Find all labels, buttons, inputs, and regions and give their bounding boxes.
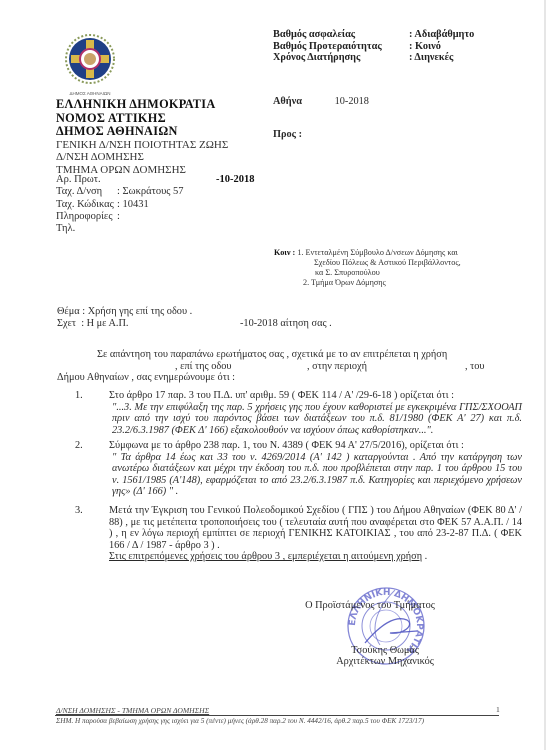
cc-item-2: 2. Τμήμα Όρων Δόμησης (274, 278, 461, 288)
security-label: Βαθμός ασφαλείας (273, 29, 409, 41)
cc-item-1-line3: κα Σ. Σπυροπούλου (274, 268, 461, 278)
footer-rule (55, 715, 499, 716)
postcode-label: Ταχ. Κώδικας (56, 199, 117, 211)
signature-block: Ο Προϊστάμενος του Τμήματος Τσούκης Θωμά… (255, 600, 485, 668)
sender-meta: Αρ. Πρωτ. -10-2018 Ταχ. Δ/νση: Σωκράτους… (56, 174, 266, 235)
date-place: Αθήνα (273, 96, 302, 107)
list-item-1: 1. Στο άρθρο 17 παρ. 3 του Π.Δ. υπ' αριθ… (77, 390, 522, 436)
address-value: : Σωκράτους 57 (117, 186, 184, 197)
header-prefecture: ΝΟΜΟΣ ΑΤΤΙΚΗΣ (56, 112, 228, 126)
protocol-date: -10-2018 (216, 174, 255, 186)
list-item-2: 2. Σύμφωνα με το άρθρο 238 παρ. 1, του Ν… (77, 440, 522, 498)
recipient: Προς : (273, 129, 302, 140)
item-number: 3. (75, 505, 83, 517)
phone-label: Τηλ. (56, 223, 75, 234)
postcode-value: : 10431 (117, 199, 149, 210)
cc-label: Κοιν : (274, 248, 295, 257)
footer-note: ΣΗΜ. Η παρούσα βεβαίωση χρήσης γης ισχύε… (56, 717, 424, 726)
cc-block: Κοιν : 1. Εντεταλμένη Σύμβουλο Δ/νσεων Δ… (274, 248, 461, 288)
municipality-of-athens-emblem-icon (64, 33, 116, 85)
signature-name: Τσούκης Θωμάς (255, 645, 485, 657)
document-date: Αθήνα 10-2018 (273, 96, 369, 107)
intro-paragraph: Σε απάντηση του παραπάνω ερωτήματος σας … (57, 349, 527, 384)
security-value: : Αδιαβάθμητο (409, 29, 474, 40)
intro-line-3: Δήμου Αθηναίων , σας ενημερώνουμε ότι : (57, 372, 527, 384)
item-text: Μετά την Έγκριση του Γενικού Πολεοδομικο… (109, 505, 522, 551)
logo-caption: ΔΗΜΟΣ ΑΘΗΝΑΙΩΝ (64, 91, 116, 96)
logo: ΔΗΜΟΣ ΑΘΗΝΑΙΩΝ (64, 33, 116, 95)
intro-line-2b: , στην περιοχή (307, 361, 367, 373)
subject-label: Θέμα (57, 306, 80, 317)
info-label: Πληροφορίες (56, 211, 117, 223)
page-number: 1 (496, 705, 500, 714)
classification-block: Βαθμός ασφαλείας: Αδιαβάθμητο Βαθμός Προ… (273, 29, 474, 64)
priority-value: : Κοινό (409, 41, 441, 52)
retention-value: : Διηνεκές (409, 52, 453, 63)
reference-label: Σχετ (57, 318, 76, 329)
item-text: Σύμφωνα με το άρθρο 238 παρ. 1, του Ν. 4… (109, 440, 522, 452)
header-country: ΕΛΛΗΝΙΚΗ ΔΗΜΟΚΡΑΤΙΑ (56, 98, 228, 112)
retention-label: Χρόνος Διατήρησης (273, 52, 409, 64)
signature-title: Ο Προϊστάμενος του Τμήματος (255, 600, 485, 612)
list-item-3: 3. Μετά την Έγκριση του Γενικού Πολεοδομ… (77, 505, 522, 563)
cc-item-1-line2: Σχεδίου Πόλεως & Αστικού Περιβάλλοντος, (274, 258, 461, 268)
item-number: 1. (75, 390, 83, 402)
subject-block: Θέμα : Χρήση γης επί της οδου . Σχετ : Η… (57, 306, 517, 329)
intro-line-2a: , επί της οδου (175, 361, 231, 373)
signature-role: Αρχιτέκτων Μηχανικός (255, 656, 485, 668)
item-number: 2. (75, 440, 83, 452)
address-label: Ταχ. Δ/νση (56, 186, 117, 198)
item-conclusion-tail: . (422, 551, 427, 562)
intro-line-1: Σε απάντηση του παραπάνω ερωτήματος σας … (57, 349, 527, 361)
item-quote: " Τα άρθρα 14 έως και 33 του ν. 4269/201… (109, 452, 522, 498)
priority-label: Βαθμός Προτεραιότητας (273, 41, 409, 53)
header-general-directorate: ΓΕΝΙΚΗ Δ/ΝΣΗ ΠΟΙΟΤΗΤΑΣ ΖΩΗΣ (56, 139, 228, 152)
header-municipality: ΔΗΜΟΣ ΑΘΗΝΑΙΩΝ (56, 125, 228, 139)
item-quote: "...3. Με την επιφύλαξη της παρ. 5 χρήσε… (109, 402, 522, 437)
item-conclusion: Στις επιτρεπόμενες χρήσεις του άρθρου 3 … (109, 551, 422, 562)
item-text: Στο άρθρο 17 παρ. 3 του Π.Δ. υπ' αριθμ. … (109, 390, 522, 402)
info-value: : (117, 211, 120, 222)
header-directorate: Δ/ΝΣΗ ΔΟΜΗΣΗΣ (56, 151, 228, 164)
intro-line-2c: , του (465, 361, 485, 373)
reference-tail: -10-2018 αίτηση σας . (240, 318, 332, 330)
footer-department: Δ/ΝΣΗ ΔΟΜΗΣΗΣ - ΤΜΗΜΑ ΟΡΩΝ ΔΟΜΗΣΗΣ (56, 706, 209, 715)
issuer-header: ΕΛΛΗΝΙΚΗ ΔΗΜΟΚΡΑΤΙΑ ΝΟΜΟΣ ΑΤΤΙΚΗΣ ΔΗΜΟΣ … (56, 98, 228, 176)
date-value: 10-2018 (335, 96, 369, 107)
reference-value: : Η με Α.Π. (81, 318, 128, 329)
subject-value: : Χρήση γης επί της οδου . (82, 306, 192, 317)
cc-item-1: 1. Εντεταλμένη Σύμβουλο Δ/νσεων Δόμησης … (297, 248, 458, 257)
protocol-label: Αρ. Πρωτ. (56, 174, 101, 185)
recipient-label: Προς : (273, 129, 302, 140)
